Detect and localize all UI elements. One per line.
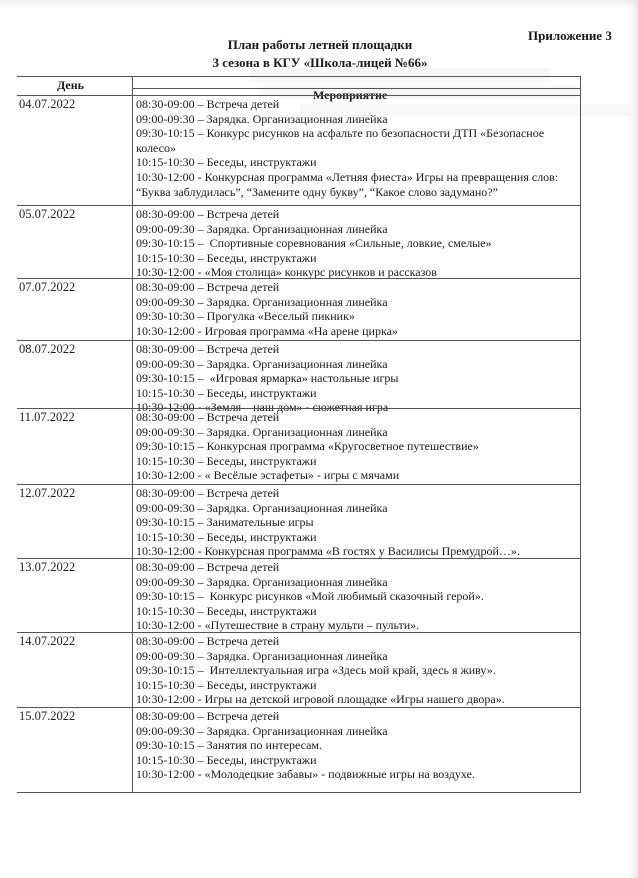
event-item: 10:15-10:30 – Беседы, инструктажи bbox=[136, 251, 576, 266]
event-item: 10:15-10:30 – Беседы, инструктажи bbox=[136, 386, 576, 401]
table-bottom-border bbox=[17, 792, 581, 793]
event-item: 10:30-12:00 - «Молодецкие забавы» - подв… bbox=[136, 767, 576, 782]
event-item: 08:30-09:00 – Встреча детей bbox=[136, 342, 576, 357]
event-item: 08:30-09:00 – Встреча детей bbox=[136, 280, 576, 295]
event-item: 09:30-10:15 – «Игровая ярмарка» настольн… bbox=[136, 371, 576, 386]
event-item: 10:30-12:00 - «Путешествие в страну муль… bbox=[136, 618, 576, 633]
event-item: 09:00-09:30 – Зарядка. Организационная л… bbox=[136, 575, 576, 590]
scan-top-shadow bbox=[0, 0, 638, 8]
event-item: 09:00-09:30 – Зарядка. Организационная л… bbox=[136, 112, 576, 127]
event-item: 08:30-09:00 – Встреча детей bbox=[136, 207, 576, 222]
event-item: 10:15-10:30 – Беседы, инструктажи bbox=[136, 753, 576, 768]
event-item: 09:30-10:15 – Спортивные соревнования «С… bbox=[136, 236, 576, 251]
schedule-table: День Мероприятие 04.07.202208:30-09:00 –… bbox=[17, 76, 581, 792]
event-item: 09:00-09:30 – Зарядка. Организационная л… bbox=[136, 425, 576, 440]
scanned-page: Приложение 3 План работы летней площадки… bbox=[0, 0, 638, 878]
row-date: 13.07.2022 bbox=[19, 560, 75, 575]
event-item: 09:00-09:30 – Зарядка. Организационная л… bbox=[136, 222, 576, 237]
row-events: 08:30-09:00 – Встреча детей09:00-09:30 –… bbox=[136, 342, 576, 415]
event-item: 10:15-10:30 – Беседы, инструктажи bbox=[136, 530, 576, 545]
row-events: 08:30-09:00 – Встреча детей09:00-09:30 –… bbox=[136, 709, 576, 782]
event-item: 08:30-09:00 – Встреча детей bbox=[136, 486, 576, 501]
row-events: 08:30-09:00 – Встреча детей09:00-09:30 –… bbox=[136, 280, 576, 338]
event-item: 10:15-10:30 – Беседы, инструктажи bbox=[136, 604, 576, 619]
event-item: 10:30-12:00 - Конкурсная программа «В го… bbox=[136, 544, 576, 559]
event-item: 10:30-12:00 - « Весёлые эстафеты» - игры… bbox=[136, 468, 576, 483]
event-item: 10:15-10:30 – Беседы, инструктажи bbox=[136, 678, 576, 693]
document-subtitle: 3 сезона в КГУ «Школа-лицей №66» bbox=[150, 55, 490, 71]
event-item: 09:30-10:15 – Занимательные игры bbox=[136, 515, 576, 530]
row-top-border bbox=[17, 707, 581, 708]
row-date: 12.07.2022 bbox=[19, 486, 75, 501]
row-date: 15.07.2022 bbox=[19, 709, 75, 724]
event-item: 09:30-10:15 – Интеллектуальная игра «Зде… bbox=[136, 663, 576, 678]
table-top-border bbox=[17, 76, 581, 77]
event-item: 09:00-09:30 – Зарядка. Организационная л… bbox=[136, 357, 576, 372]
event-item: 08:30-09:00 – Встреча детей bbox=[136, 410, 576, 425]
row-top-border bbox=[17, 205, 581, 206]
row-date: 04.07.2022 bbox=[19, 97, 75, 112]
header-day: День bbox=[57, 78, 84, 93]
row-top-border bbox=[17, 95, 581, 96]
event-item: 09:30-10:15 – Конкурс рисунков на асфаль… bbox=[136, 126, 576, 155]
row-events: 08:30-09:00 – Встреча детей09:00-09:30 –… bbox=[136, 97, 576, 199]
event-item: 09:30-10:15 – Занятия по интересам. bbox=[136, 738, 576, 753]
row-date: 11.07.2022 bbox=[19, 410, 75, 425]
event-item: 10:30-12:00 - Игры на детской игровой пл… bbox=[136, 692, 576, 707]
event-item: 10:30-12:00 - Игровая программа «На арен… bbox=[136, 324, 576, 339]
row-date: 07.07.2022 bbox=[19, 280, 75, 295]
event-item: 09:30-10:15 – Конкурсная программа «Круг… bbox=[136, 439, 576, 454]
row-events: 08:30-09:00 – Встреча детей09:00-09:30 –… bbox=[136, 410, 576, 483]
event-item: 08:30-09:00 – Встреча детей bbox=[136, 560, 576, 575]
event-item: 10:30-12:00 - Конкурсная программа «Летн… bbox=[136, 170, 576, 199]
row-top-border bbox=[17, 484, 581, 485]
event-item: 08:30-09:00 – Встреча детей bbox=[136, 97, 576, 112]
event-item: 08:30-09:00 – Встреча детей bbox=[136, 634, 576, 649]
row-events: 08:30-09:00 – Встреча детей09:00-09:30 –… bbox=[136, 634, 576, 707]
event-item: 10:15-10:30 – Беседы, инструктажи bbox=[136, 155, 576, 170]
event-item: 10:15-10:30 – Беседы, инструктажи bbox=[136, 454, 576, 469]
event-item: 09:30-10:15 – Конкурс рисунков «Мой люби… bbox=[136, 589, 576, 604]
appendix-label: Приложение 3 bbox=[528, 28, 612, 44]
row-date: 08.07.2022 bbox=[19, 342, 75, 357]
event-item: 09:00-09:30 – Зарядка. Организационная л… bbox=[136, 501, 576, 516]
row-date: 14.07.2022 bbox=[19, 634, 75, 649]
event-item: 08:30-09:00 – Встреча детей bbox=[136, 709, 576, 724]
row-top-border bbox=[17, 558, 581, 559]
event-item: 09:30-10:30 – Прогулка «Веселый пикник» bbox=[136, 309, 576, 324]
document-title: План работы летней площадки bbox=[150, 37, 490, 53]
event-item: 09:00-09:30 – Зарядка. Организационная л… bbox=[136, 295, 576, 310]
scan-edge-shadow bbox=[628, 0, 638, 878]
row-top-border bbox=[17, 278, 581, 279]
table-right-border bbox=[580, 76, 581, 792]
row-top-border bbox=[17, 340, 581, 341]
row-events: 08:30-09:00 – Встреча детей09:00-09:30 –… bbox=[136, 207, 576, 280]
event-item: 09:00-09:30 – Зарядка. Организационная л… bbox=[136, 649, 576, 664]
event-item: 09:00-09:30 – Зарядка. Организационная л… bbox=[136, 724, 576, 739]
column-divider bbox=[132, 76, 133, 792]
row-top-border bbox=[17, 408, 581, 409]
row-events: 08:30-09:00 – Встреча детей09:00-09:30 –… bbox=[136, 560, 576, 633]
row-events: 08:30-09:00 – Встреча детей09:00-09:30 –… bbox=[136, 486, 576, 559]
row-top-border bbox=[17, 632, 581, 633]
row-date: 05.07.2022 bbox=[19, 207, 75, 222]
